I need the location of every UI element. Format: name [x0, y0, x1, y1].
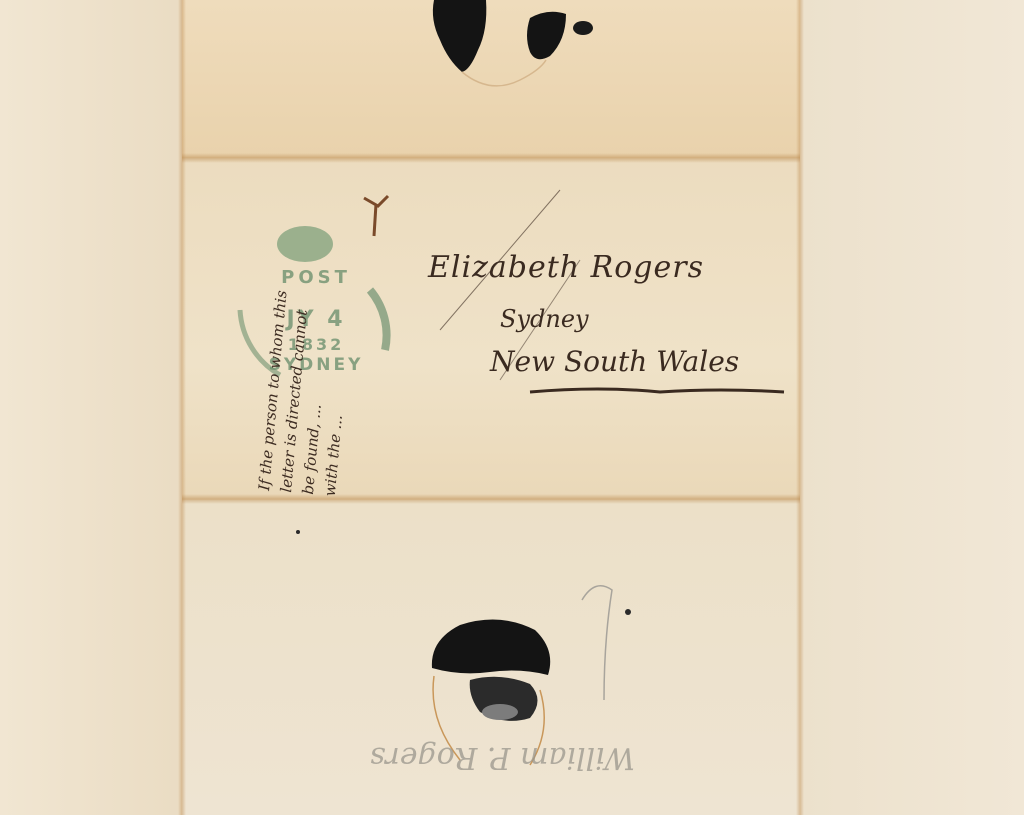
addressee-city: Sydney: [500, 305, 589, 333]
seal-and-ink-marks: [0, 0, 1024, 815]
addressee-region: New South Wales: [490, 345, 739, 378]
pencil-annotation: William P. Rogers: [370, 740, 635, 775]
addressee-name: Elizabeth Rogers: [428, 250, 704, 285]
